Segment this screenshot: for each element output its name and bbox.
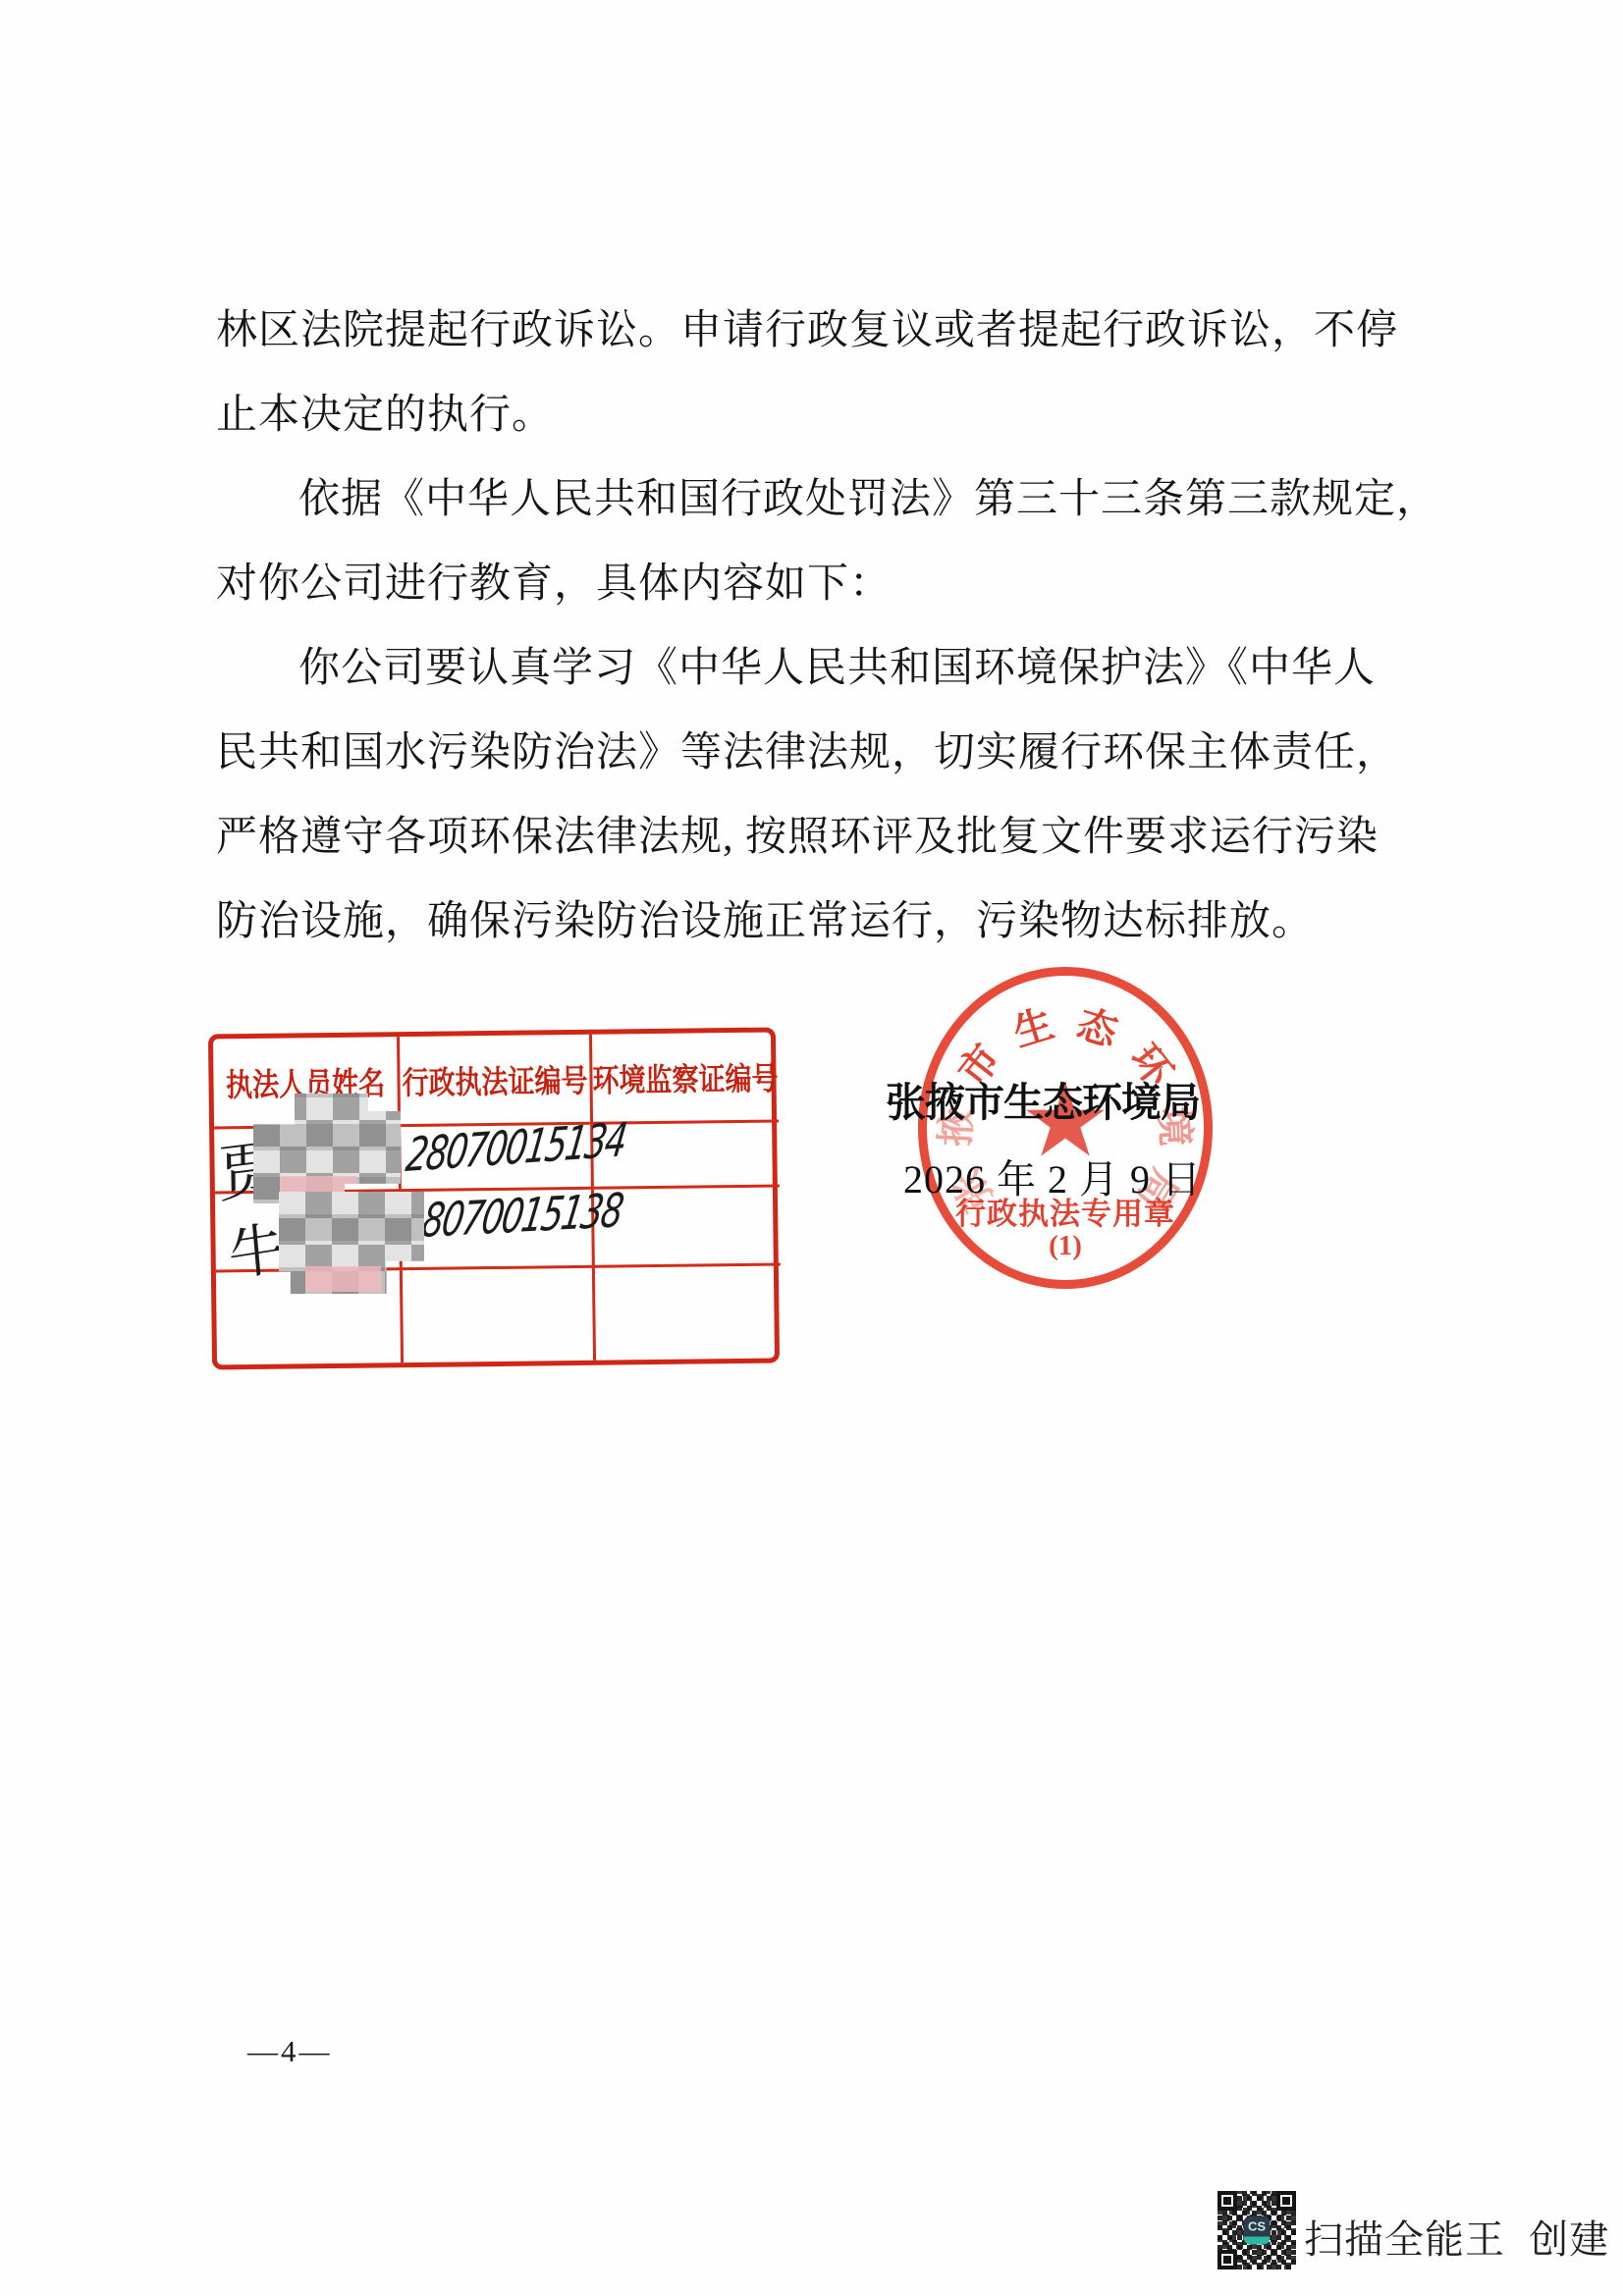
issuing-agency-name: 张掖市生态环境局 xyxy=(886,1070,1200,1128)
qr-finder-icon xyxy=(1276,2191,1296,2211)
document-body: 林区法院提起行政诉讼。申请行政复议或者提起行政诉讼，不停 止本决定的执行。 依据… xyxy=(216,289,1438,964)
qr-finder-icon xyxy=(1217,2191,1237,2211)
body-line: 依据《中华人民共和国行政处罚法》第三十三条第三款规定， xyxy=(216,457,1438,542)
qr-code: CS xyxy=(1217,2191,1296,2269)
body-line: 你公司要认真学习《中华人民共和国环境保护法》《中华人 xyxy=(216,626,1438,711)
column-header-env-supervision-cert-no: 环境监察证编号 xyxy=(592,1053,779,1101)
body-line: 对你公司进行教育，具体内容如下： xyxy=(216,542,1438,626)
page-number: —4— xyxy=(247,2034,333,2069)
body-line: 止本决定的执行。 xyxy=(216,373,1438,457)
handwritten-officer-name-2: 牛 xyxy=(225,1201,289,1293)
body-line: 民共和国水污染防治法》等法律法规，切实履行环保主体责任， xyxy=(216,711,1438,795)
camscanner-logo-icon: CS xyxy=(1244,2216,1271,2245)
scanner-watermark-text: 扫描全能王 创建 xyxy=(1304,2209,1609,2265)
body-line: 严格遵守各项环保法律法规, 按照环评及批复文件要求运行污染 xyxy=(216,795,1438,880)
body-line: 林区法院提起行政诉讼。申请行政复议或者提起行政诉讼，不停 xyxy=(216,289,1438,373)
qr-finder-icon xyxy=(1217,2250,1237,2269)
seal-number: (1) xyxy=(1049,1230,1082,1262)
column-header-enforcement-cert-no: 行政执法证编号 xyxy=(402,1055,588,1103)
decision-date: 2026 年 2 月 9 日 xyxy=(903,1148,1202,1204)
body-line: 防治设施，确保污染防治设施正常运行，污染物达标排放。 xyxy=(216,880,1438,964)
camscanner-logo-label: CS xyxy=(1248,2219,1266,2234)
table-cell-envcert-row3 xyxy=(595,1265,782,1360)
scanned-document-page: 林区法院提起行政诉讼。申请行政复议或者提起行政诉讼，不停 止本决定的执行。 依据… xyxy=(0,0,1623,2296)
table-cell-certno-row3 xyxy=(403,1268,596,1362)
official-round-seal: 张 掖 市 生 态 环 境 局 ★ 行政执法专用章 (1) xyxy=(918,967,1213,1289)
